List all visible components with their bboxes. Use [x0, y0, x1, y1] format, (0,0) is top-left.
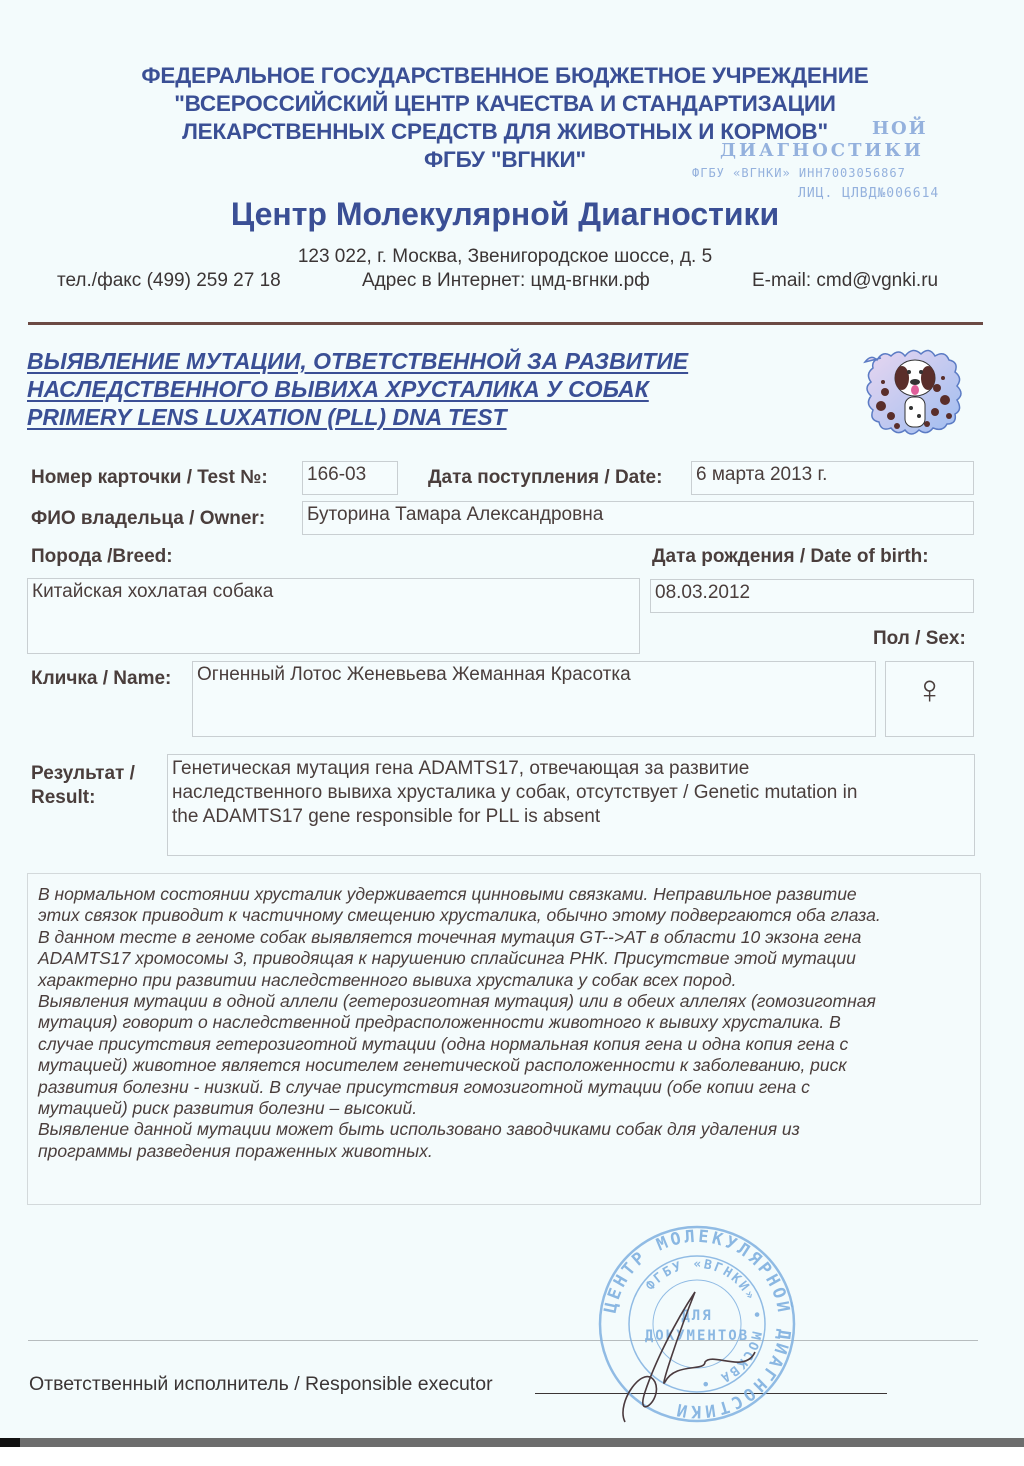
female-sex-icon: ♀ [885, 661, 974, 737]
signature-divider [28, 1340, 978, 1341]
header-divider [28, 322, 983, 325]
note-line: случае присутствия гетерозиготной мутаци… [38, 1034, 970, 1055]
dob-field: 08.03.2012 [650, 579, 974, 613]
address: 123 022, г. Москва, Звенигородское шоссе… [0, 246, 1010, 268]
test-no-field: 166-03 [302, 461, 398, 495]
description-box: В нормальном состоянии хрусталик удержив… [27, 873, 981, 1205]
test-title: ВЫЯВЛЕНИЕ МУТАЦИИ, ОТВЕТСТВЕННОЙ ЗА РАЗВ… [27, 347, 688, 431]
stamp-line-2: ДИАГНОСТИКИ [720, 140, 924, 161]
round-stamp-icon: ЦЕНТР МОЛЕКУЛЯРНОЙ ДИАГНОСТИКИ ФГБУ «ВГН… [595, 1222, 800, 1427]
owner-label: ФИО владельца / Owner: [31, 508, 265, 530]
note-line: Выявления мутации в одной аллели (гетеро… [38, 991, 970, 1012]
note-line: мутацией) риск развития болезни – высоки… [38, 1098, 970, 1119]
result-line-1: Генетическая мутация гена ADAMTS17, отве… [172, 757, 970, 781]
dalmatian-logo-icon [855, 342, 975, 442]
stamp-center-2: ДОКУМЕНТОВ [645, 1328, 749, 1344]
result-line-3: the ADAMTS17 gene responsible for PLL is… [172, 805, 970, 829]
scan-margin [0, 1447, 1024, 1466]
test-title-line-2: НАСЛЕДСТВЕННОГО ВЫВИХА ХРУСТАЛИКА У СОБА… [27, 375, 688, 403]
dob-label: Дата рождения / Date of birth: [652, 546, 929, 568]
note-line: мутация) говорит о наследственной предра… [38, 1012, 970, 1033]
test-title-line-1: ВЫЯВЛЕНИЕ МУТАЦИИ, ОТВЕТСТВЕННОЙ ЗА РАЗВ… [27, 347, 688, 375]
test-title-line-3: PRIMERY LENS LUXATION (PLL) DNA TEST [27, 403, 688, 431]
executor-label: Ответственный исполнитель / Responsible … [29, 1373, 493, 1396]
breed-field: Китайская хохлатая собака [27, 578, 640, 654]
email-link[interactable]: E-mail: cmd@vgnki.ru [752, 270, 938, 292]
name-field: Огненный Лотос Женевьева Жеманная Красот… [192, 661, 876, 737]
stamp-line-1: НОЙ [872, 118, 928, 139]
date-field: 6 марта 2013 г. [691, 461, 974, 495]
note-line: развития болезни - низкий. В случае прис… [38, 1077, 970, 1098]
phone: тел./факс (499) 259 27 18 [57, 270, 281, 292]
center-title: Центр Молекулярной Диагностики [0, 196, 1010, 233]
owner-field: Буторина Тамара Александровна [302, 501, 974, 535]
name-label: Кличка / Name: [31, 668, 171, 690]
scan-edge-bar [0, 1438, 1024, 1447]
note-line: В данном тесте в геноме собак выявляется… [38, 927, 970, 948]
result-line-2: наследственного вывиха хрусталика у соба… [172, 781, 970, 805]
result-label-en: Result: [31, 786, 135, 810]
note-line: этих связок приводит к частичному смещен… [38, 905, 970, 926]
note-line: мутацией) животное является носителем ге… [38, 1055, 970, 1076]
scan-edge-mark [0, 1438, 20, 1447]
note-line: характерно при развитии наследственного … [38, 970, 970, 991]
date-label: Дата поступления / Date: [428, 467, 662, 489]
stamp-line-3: ФГБУ «ВГНКИ» ИНН7003056867 [692, 166, 906, 180]
result-label-ru: Результат / [31, 762, 135, 786]
license-stamp: НОЙ ДИАГНОСТИКИ ФГБУ «ВГНКИ» ИНН70030568… [690, 112, 970, 207]
result-field: Генетическая мутация гена ADAMTS17, отве… [167, 754, 975, 856]
test-no-label: Номер карточки / Test №: [31, 467, 268, 489]
note-line: В нормальном состоянии хрусталик удержив… [38, 884, 970, 905]
note-line: Выявление данной мутации может быть испо… [38, 1119, 970, 1140]
result-label: Результат / Result: [31, 762, 135, 810]
sex-label: Пол / Sex: [873, 628, 966, 650]
org-line-1: ФЕДЕРАЛЬНОЕ ГОСУДАРСТВЕННОЕ БЮДЖЕТНОЕ УЧ… [0, 62, 1010, 90]
breed-label: Порода /Breed: [31, 546, 173, 568]
note-line: программы разведения пораженных животных… [38, 1141, 970, 1162]
note-line: ADAMTS17 хромосомы 3, приводящая к наруш… [38, 948, 970, 969]
website-link[interactable]: Адрес в Интернет: цмд-вгнки.рф [362, 270, 650, 292]
